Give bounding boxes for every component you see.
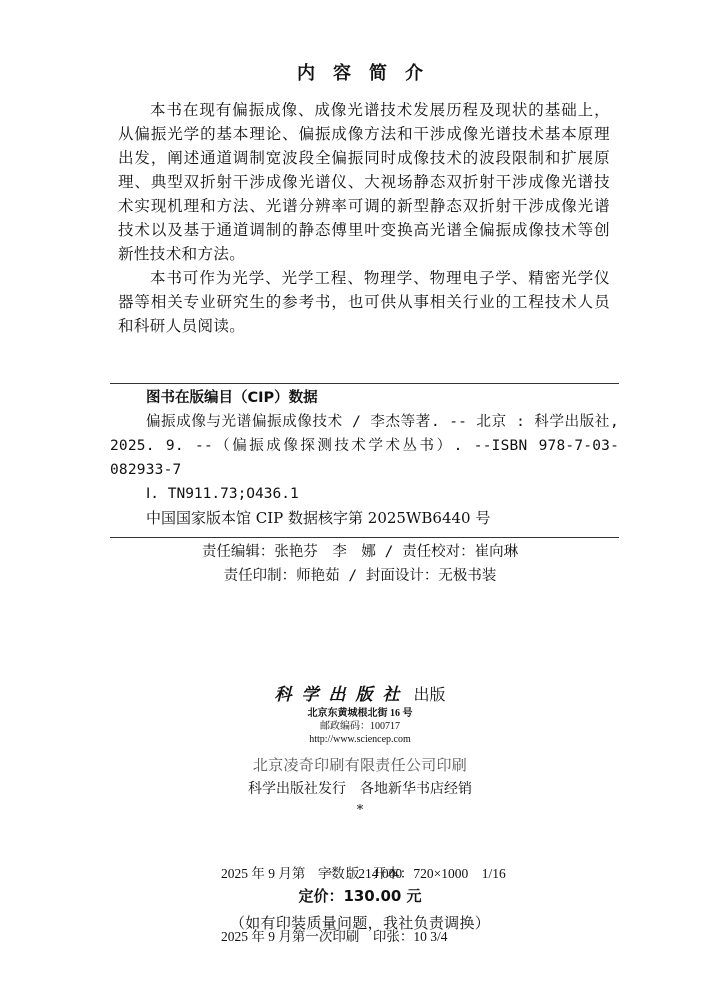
summary-paragraph: 本书可作为光学、光学工程、物理学、物理电子学、精密光学仪器等相关专业研究生的参考… bbox=[118, 266, 610, 338]
publisher-block: 科学出版社出版 北京东黄城根北街 16 号 邮政编码：100717 http:/… bbox=[0, 684, 720, 746]
price: 定价：130.00 元 bbox=[0, 885, 720, 907]
publisher-address: 北京东黄城根北街 16 号 bbox=[0, 707, 720, 720]
cip-heading: 图书在版编目（CIP）数据 bbox=[110, 386, 619, 410]
title-char: 介 bbox=[405, 62, 423, 86]
title-char: 简 bbox=[369, 62, 387, 86]
printer-line: 北京凌奇印刷有限责任公司印刷 bbox=[0, 754, 720, 776]
cip-record: 偏振成像与光谱偏振成像技术 / 李杰等著. -- 北京 : 科学出版社, 202… bbox=[110, 410, 619, 482]
publisher-logo: 科学出版社 bbox=[274, 685, 409, 705]
publisher-postcode: 邮政编码：100717 bbox=[0, 720, 720, 733]
title-char: 内 bbox=[297, 62, 315, 86]
cip-classification: Ⅰ. TN911.73;O436.1 bbox=[110, 482, 619, 506]
publisher-suffix: 出版 bbox=[413, 685, 445, 704]
publisher-url: http://www.sciencep.com bbox=[0, 733, 720, 746]
credits-line-editors: 责任编辑：张艳芬 李 娜 / 责任校对：崔向琳 bbox=[0, 540, 720, 564]
word-count: 字数：214 000 bbox=[0, 863, 720, 884]
distribution-line: 科学出版社发行 各地新华书店经销 bbox=[0, 778, 720, 800]
summary-body: 本书在现有偏振成像、成像光谱技术发展历程及现状的基础上，从偏振光学的基本理论、偏… bbox=[118, 98, 610, 338]
summary-paragraph: 本书在现有偏振成像、成像光谱技术发展历程及现状的基础上，从偏振光学的基本理论、偏… bbox=[118, 98, 610, 266]
cip-top-rule bbox=[110, 383, 619, 384]
separator-asterisk: * bbox=[0, 803, 720, 819]
title-char: 容 bbox=[333, 62, 351, 86]
summary-title: 内容简介 bbox=[0, 62, 720, 86]
credits-line-production: 责任印制：师艳茹 / 封面设计：无极书装 bbox=[0, 564, 720, 588]
editorial-credits: 责任编辑：张艳芬 李 娜 / 责任校对：崔向琳 责任印制：师艳茹 / 封面设计：… bbox=[0, 540, 720, 588]
cip-block: 图书在版编目（CIP）数据 偏振成像与光谱偏振成像技术 / 李杰等著. -- 北… bbox=[110, 386, 619, 530]
publisher-line: 科学出版社出版 bbox=[0, 684, 720, 706]
quality-notice: （如有印装质量问题，我社负责调换） bbox=[0, 911, 720, 935]
cip-nlc-number: 中国国家版本馆 CIP 数据核字第 2025WB6440 号 bbox=[110, 506, 619, 530]
cip-bottom-rule bbox=[110, 537, 619, 538]
